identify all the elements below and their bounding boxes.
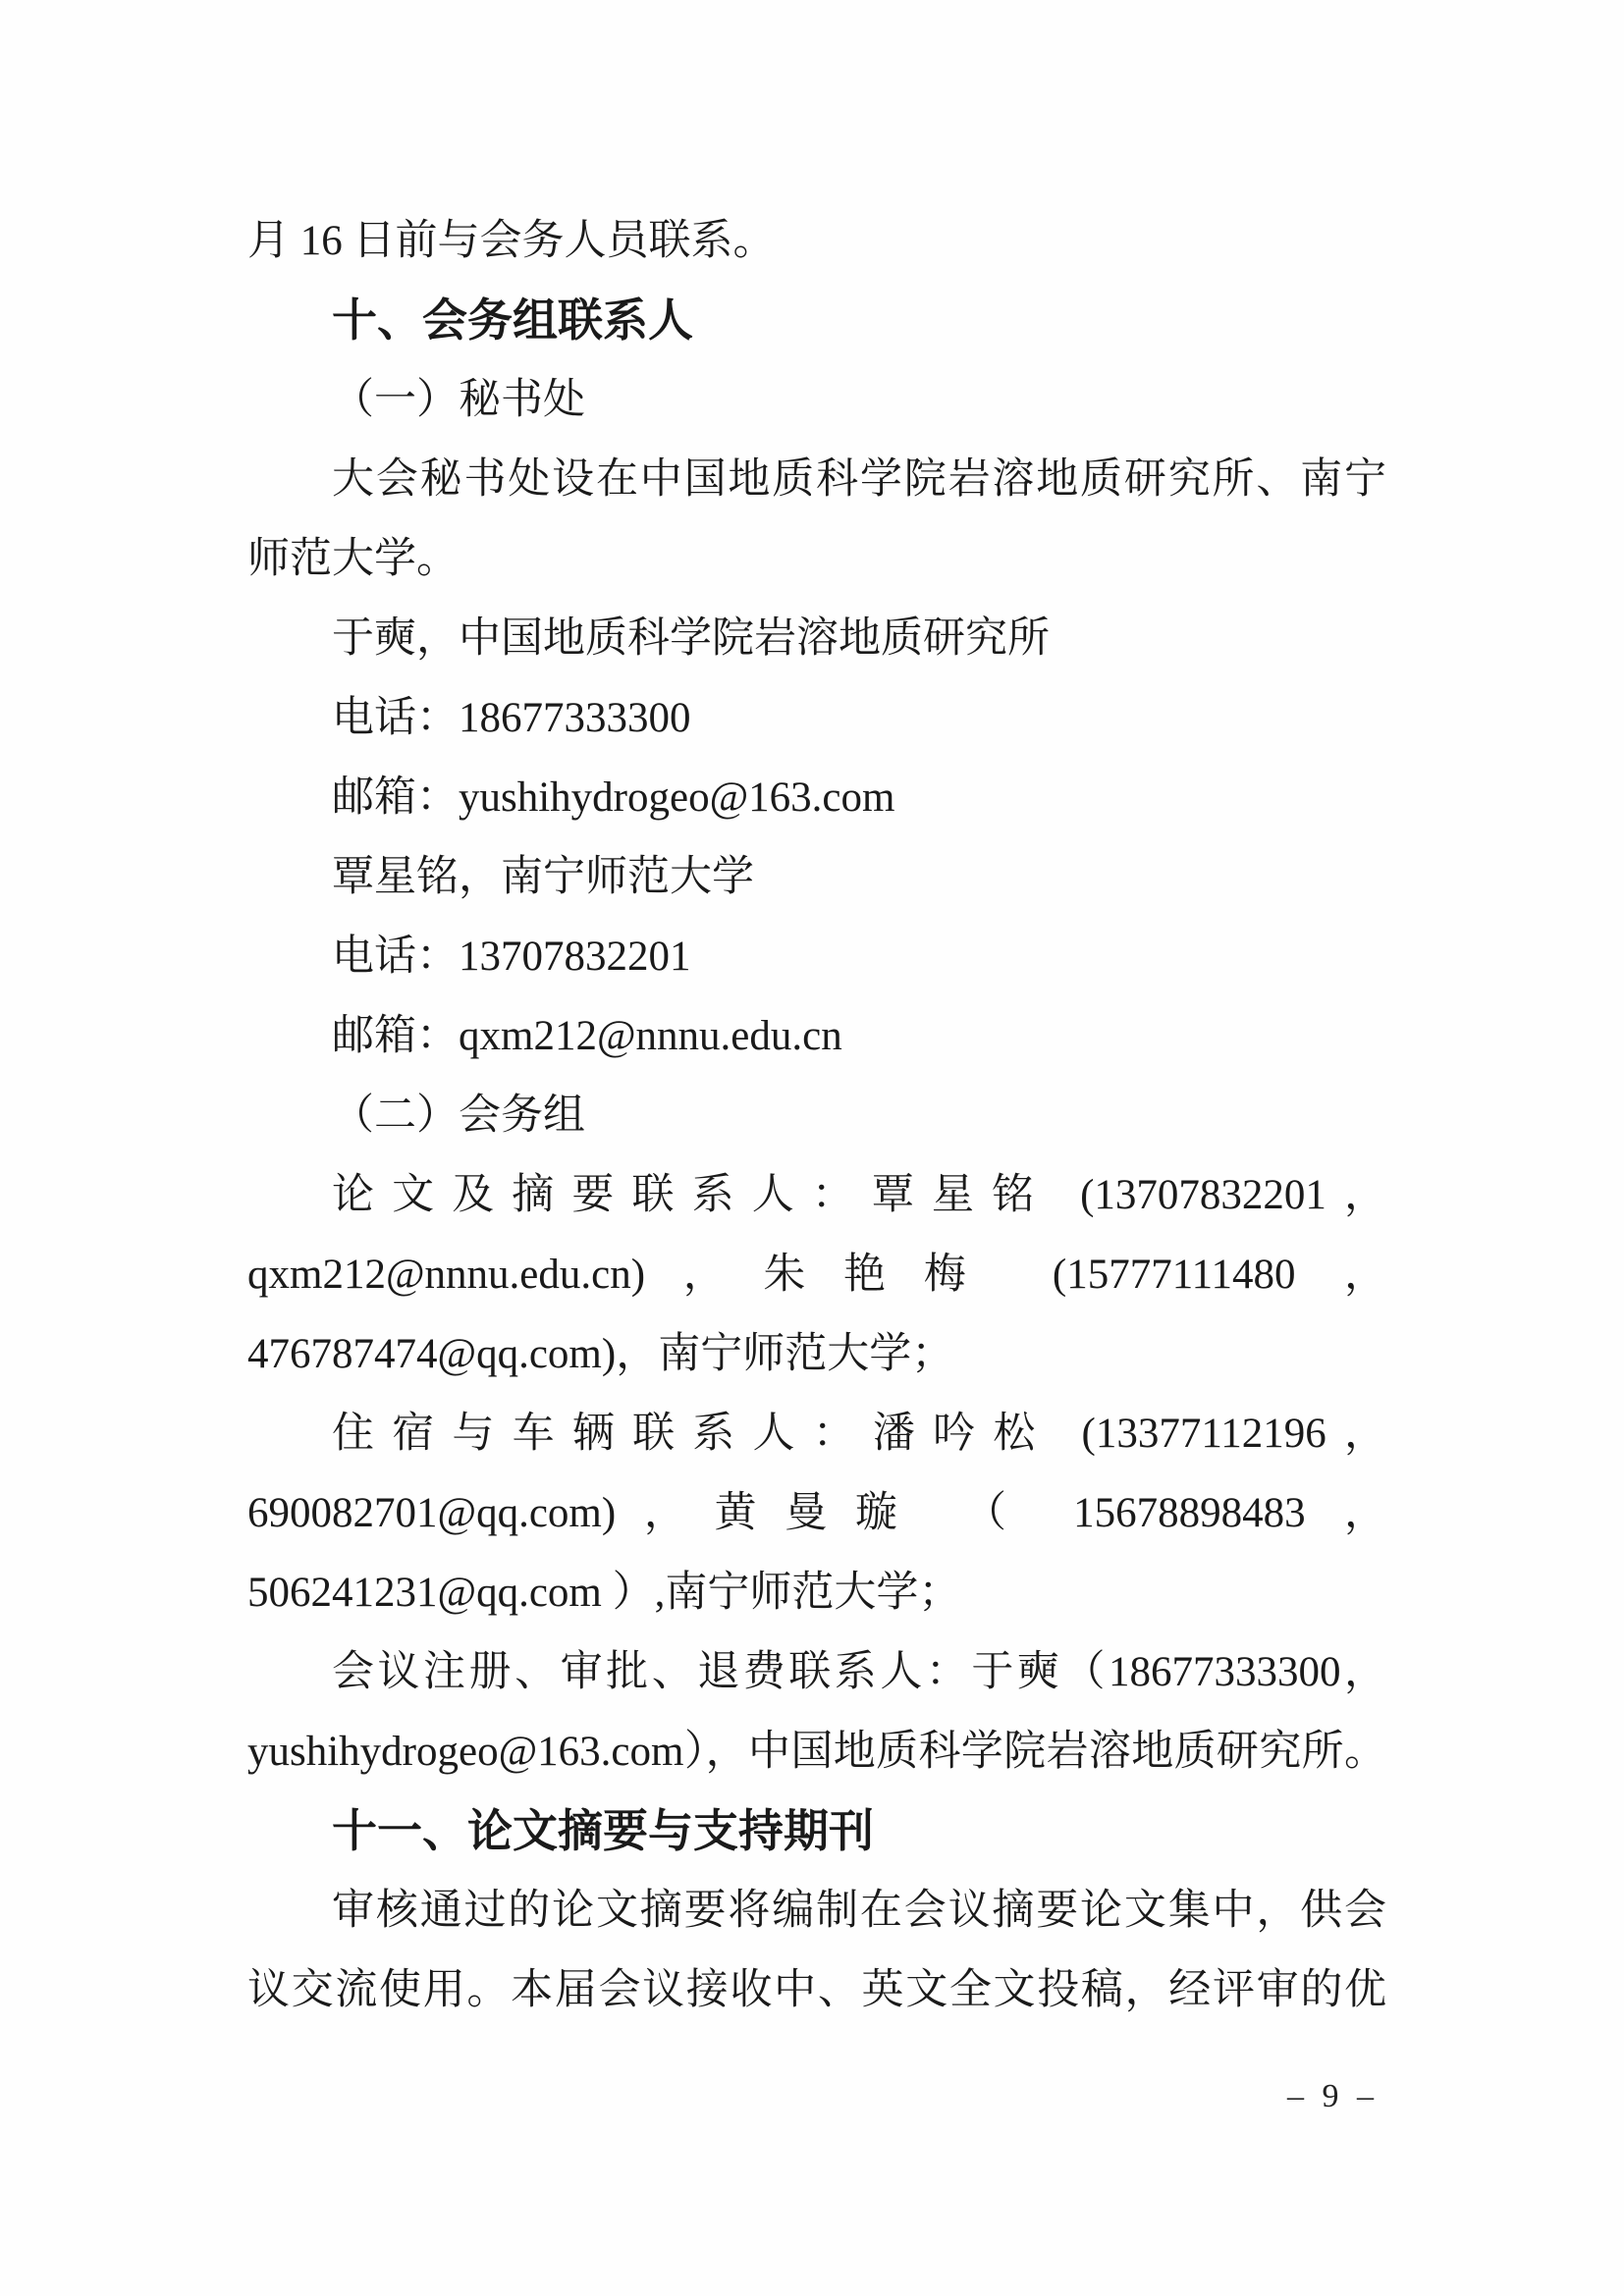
- text-line: 十、会务组联系人: [247, 281, 1386, 360]
- text-line: 690082701@qq.com)，黄曼璇 （ 15678898483 ，: [247, 1473, 1386, 1553]
- text-line: yushihydrogeo@163.com），中国地质科学院岩溶地质研究所。: [247, 1712, 1386, 1791]
- document-page: 月 16 日前与会务人员联系。十、会务组联系人（一）秘书处大会秘书处设在中国地质…: [0, 0, 1624, 2296]
- text-line: 议交流使用。本届会议接收中、英文全文投稿，经评审的优: [247, 1950, 1386, 2030]
- text-line: （二）会务组: [247, 1076, 1386, 1155]
- text-line: 电话：13707832201: [247, 917, 1386, 996]
- text-line: 月 16 日前与会务人员联系。: [247, 201, 1386, 281]
- text-line: 覃星铭，南宁师范大学: [247, 837, 1386, 917]
- page-number: – 9 –: [1272, 2073, 1389, 2120]
- text-line: 邮箱：yushihydrogeo@163.com: [247, 758, 1386, 837]
- text-line: 审核通过的论文摘要将编制在会议摘要论文集中，供会: [247, 1871, 1386, 1950]
- text-line: qxm212@nnnu.edu.cn)，朱艳梅 (15777111480 ，: [247, 1235, 1386, 1314]
- document-body: 月 16 日前与会务人员联系。十、会务组联系人（一）秘书处大会秘书处设在中国地质…: [247, 201, 1386, 2030]
- text-line: 师范大学。: [247, 519, 1386, 599]
- text-line: 住宿与车辆联系人：潘吟松 (13377112196，: [247, 1394, 1386, 1473]
- text-line: 论文及摘要联系人：覃星铭 (13707832201，: [247, 1155, 1386, 1235]
- text-line: 476787474@qq.com)，南宁师范大学；: [247, 1314, 1386, 1394]
- text-line: 十一、论文摘要与支持期刊: [247, 1791, 1386, 1871]
- text-line: 506241231@qq.com ）,南宁师范大学；: [247, 1553, 1386, 1632]
- text-line: 大会秘书处设在中国地质科学院岩溶地质研究所、南宁: [247, 440, 1386, 519]
- text-line: 邮箱：qxm212@nnnu.edu.cn: [247, 996, 1386, 1076]
- text-line: 会议注册、审批、退费联系人：于奭（18677333300，: [247, 1632, 1386, 1712]
- text-line: （一）秘书处: [247, 360, 1386, 440]
- text-line: 于奭，中国地质科学院岩溶地质研究所: [247, 599, 1386, 678]
- text-line: 电话：18677333300: [247, 678, 1386, 758]
